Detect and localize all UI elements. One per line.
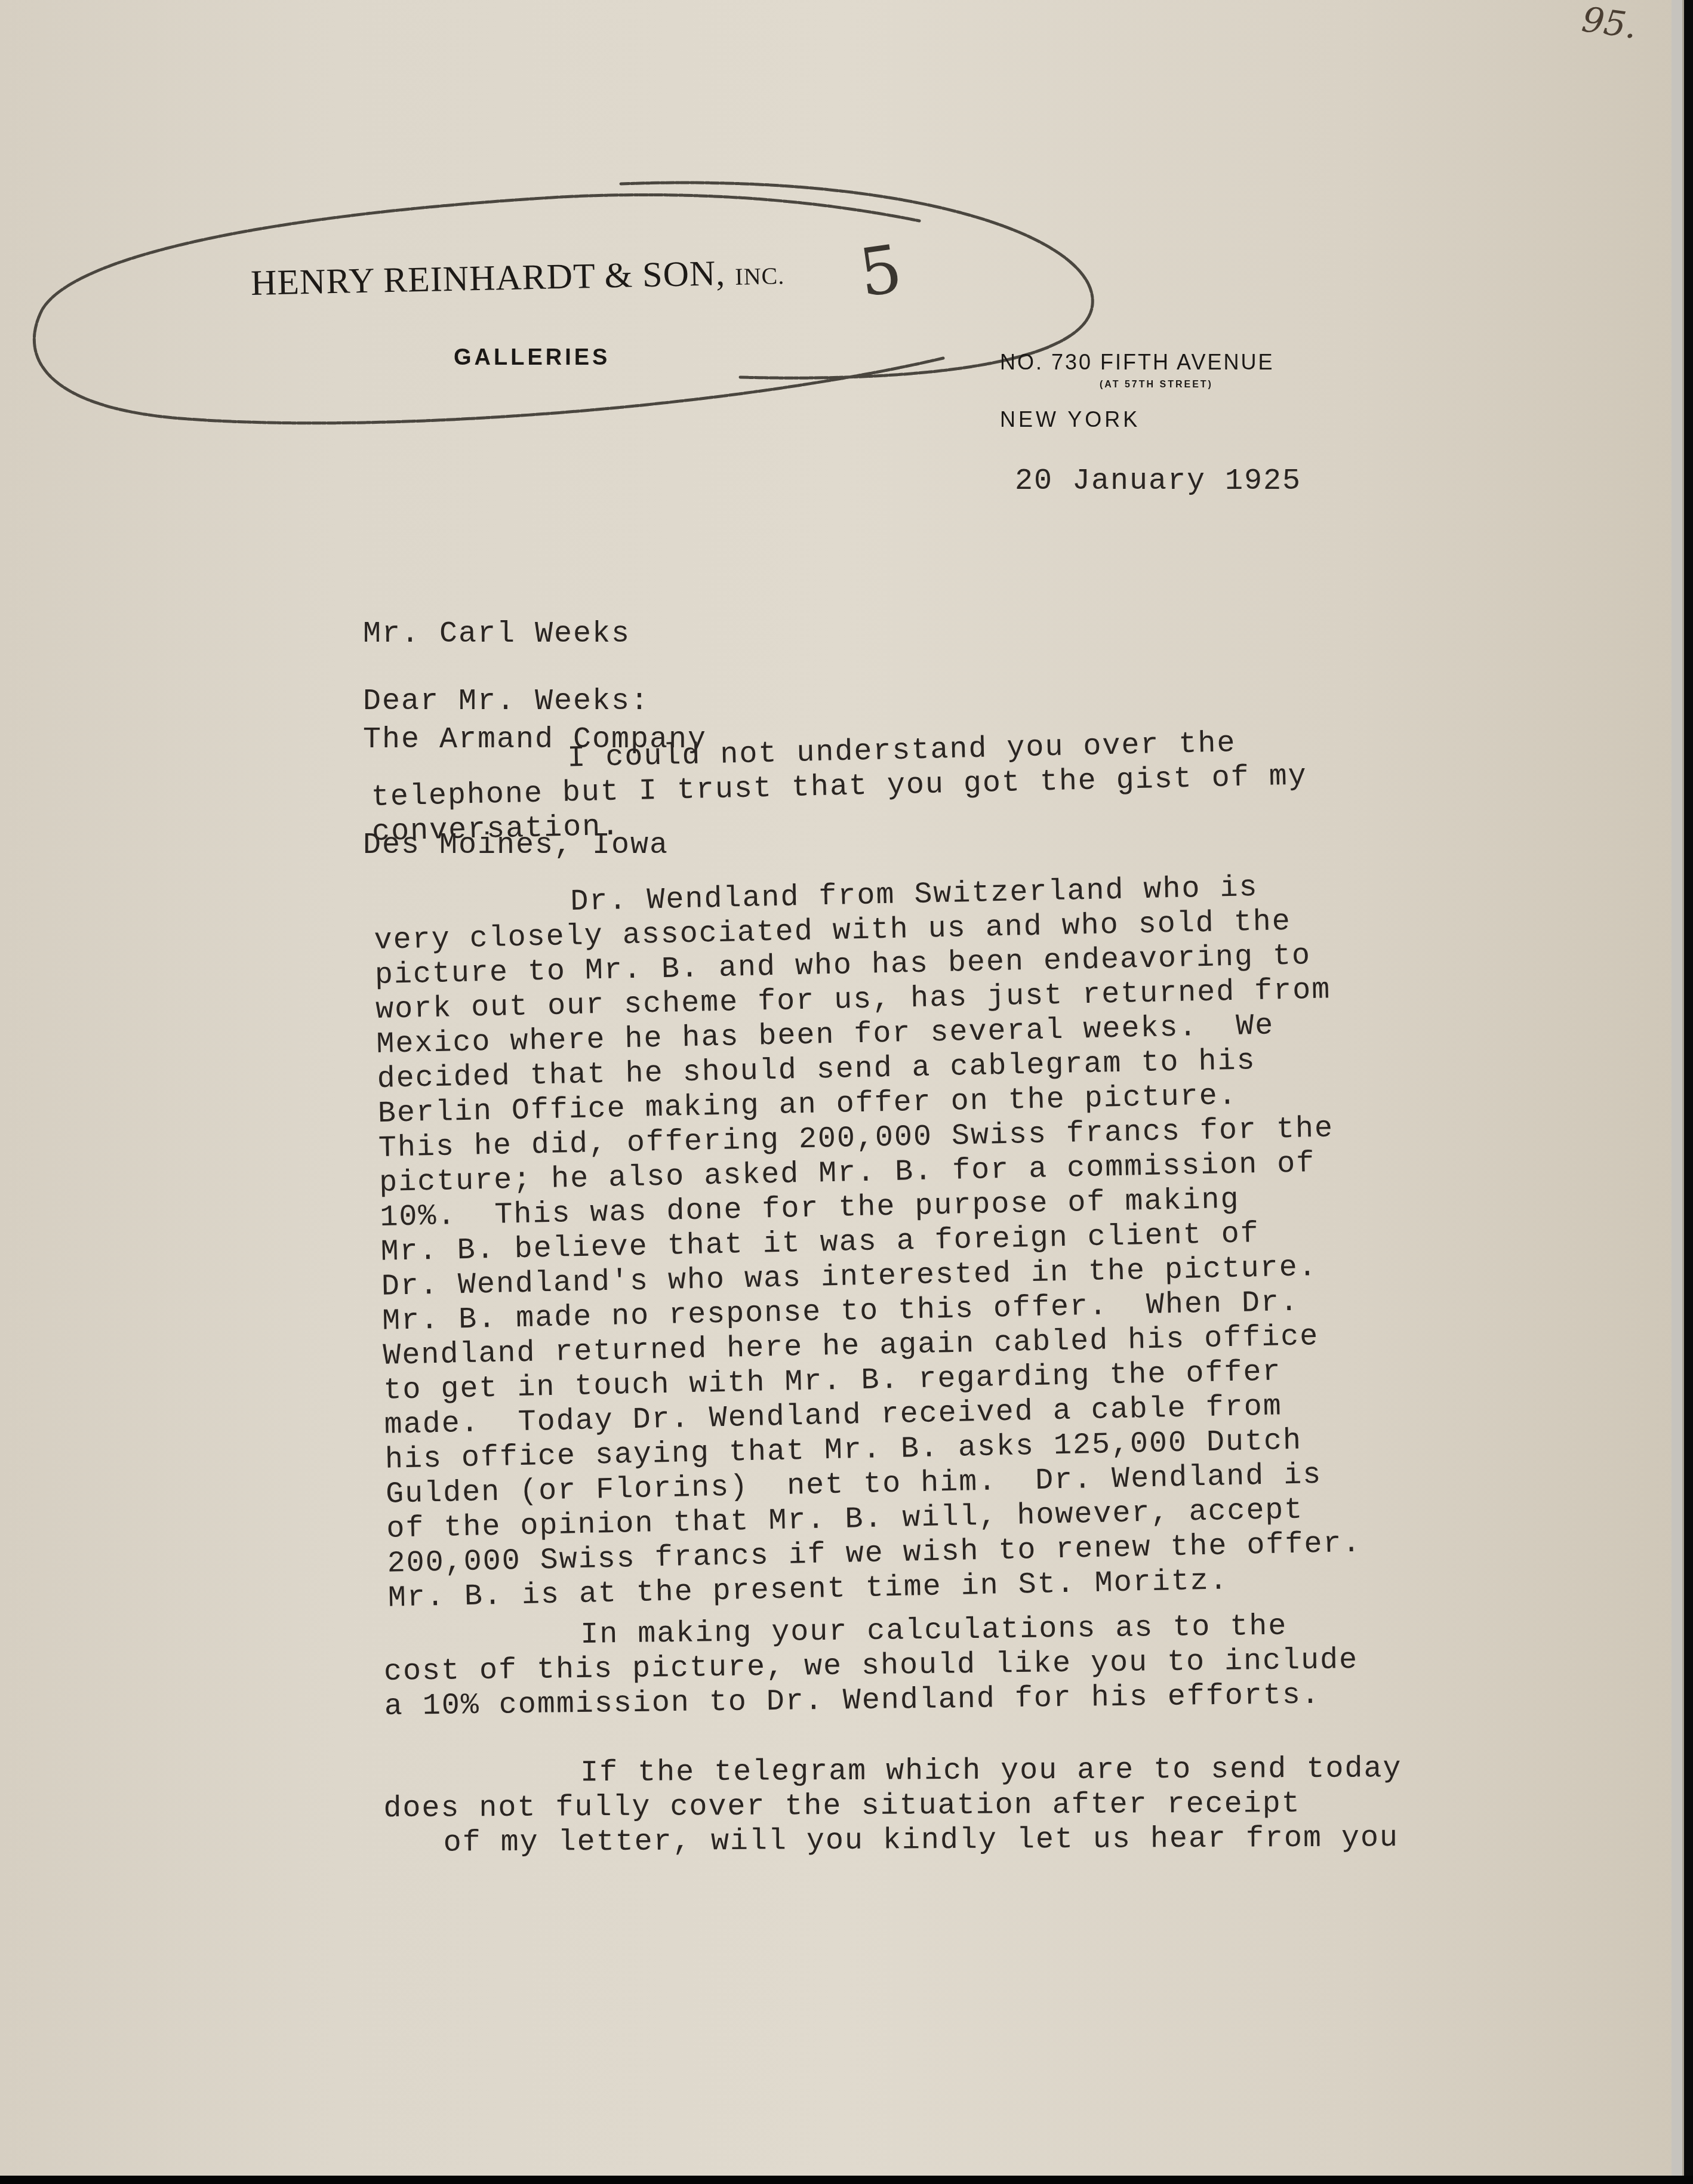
body-paragraph-1: I could not understand you over the tele… <box>370 725 1309 850</box>
pencil-mark: 5 <box>854 230 906 312</box>
scan-bottom-border <box>0 2176 1693 2184</box>
letterhead-address-cross-street: (AT 57TH STREET) <box>1100 380 1213 390</box>
company-suffix: INC. <box>735 262 785 290</box>
recipient-name: Mr. Carl Weeks <box>363 617 707 652</box>
paragraph-line: does not fully cover the situation after… <box>383 1786 1402 1826</box>
company-name: HENRY REINHARDT & SON, <box>250 253 726 303</box>
paragraph-line: of my letter, will you kindly let us hea… <box>384 1821 1402 1861</box>
body-paragraph-4: If the telegram which you are to send to… <box>383 1752 1402 1861</box>
page-edge <box>1672 0 1682 2176</box>
folio-number: 95. <box>1580 0 1640 47</box>
letterhead-department: GALLERIES <box>454 345 610 371</box>
letterhead-address-street: NO. 730 FIFTH AVENUE <box>1000 350 1274 375</box>
letter-date: 20 January 1925 <box>1015 464 1301 498</box>
body-paragraph-2: Dr. Wendland from Switzerland who is ver… <box>373 869 1362 1616</box>
salutation: Dear Mr. Weeks: <box>363 685 650 719</box>
pencil-oval-annotation <box>24 167 1122 430</box>
letter-page: 95. HENRY REINHARDT & SON, INC. 5 GALLER… <box>0 0 1684 2176</box>
letterhead-address-city: NEW YORK <box>1000 407 1140 432</box>
body-paragraph-3: In making your calculations as to the co… <box>383 1609 1359 1724</box>
paragraph-line: If the telegram which you are to send to… <box>383 1752 1402 1792</box>
letterhead-company-name: HENRY REINHARDT & SON, INC. <box>250 251 785 304</box>
